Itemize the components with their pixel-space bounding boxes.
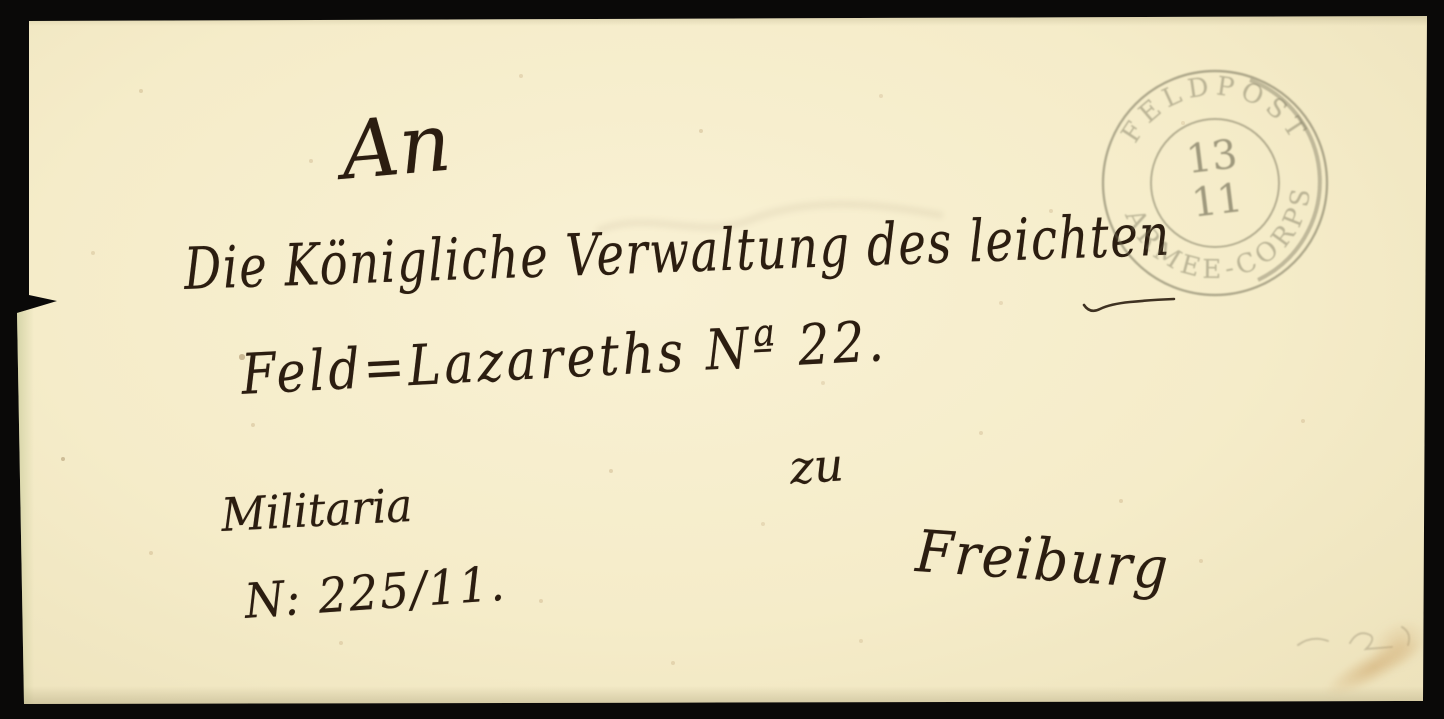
docket-file-number: N: 225/11.: [243, 560, 508, 626]
left-fold-edge-shadow: [16, 302, 34, 704]
address-salutation: An: [338, 102, 454, 191]
envelope-paper: An Die Königliche Verwaltung des leichte…: [0, 0, 1444, 719]
postmark-circular-datestamp: 13 11 FELDPOST ARMEE-CORPS: [1090, 58, 1340, 308]
docket-category: Militaria: [220, 482, 413, 538]
address-recipient-line-1: Die Königliche Verwaltung des leichten: [183, 206, 1172, 298]
address-preposition: zu: [788, 441, 845, 491]
address-recipient-line-2: Feld=Lazareths Nª 22.: [240, 314, 888, 404]
paper-speckles: [0, 0, 2, 2]
bottom-edge-shadow: [20, 686, 1430, 705]
photo-of-postal-cover: An Die Königliche Verwaltung des leichte…: [0, 0, 1444, 719]
pen-flourish-stroke: [1080, 285, 1190, 317]
postmark-month: 11: [1189, 175, 1245, 227]
address-destination-city: Freiburg: [914, 522, 1172, 598]
top-edge-shadow: [25, 16, 1430, 26]
